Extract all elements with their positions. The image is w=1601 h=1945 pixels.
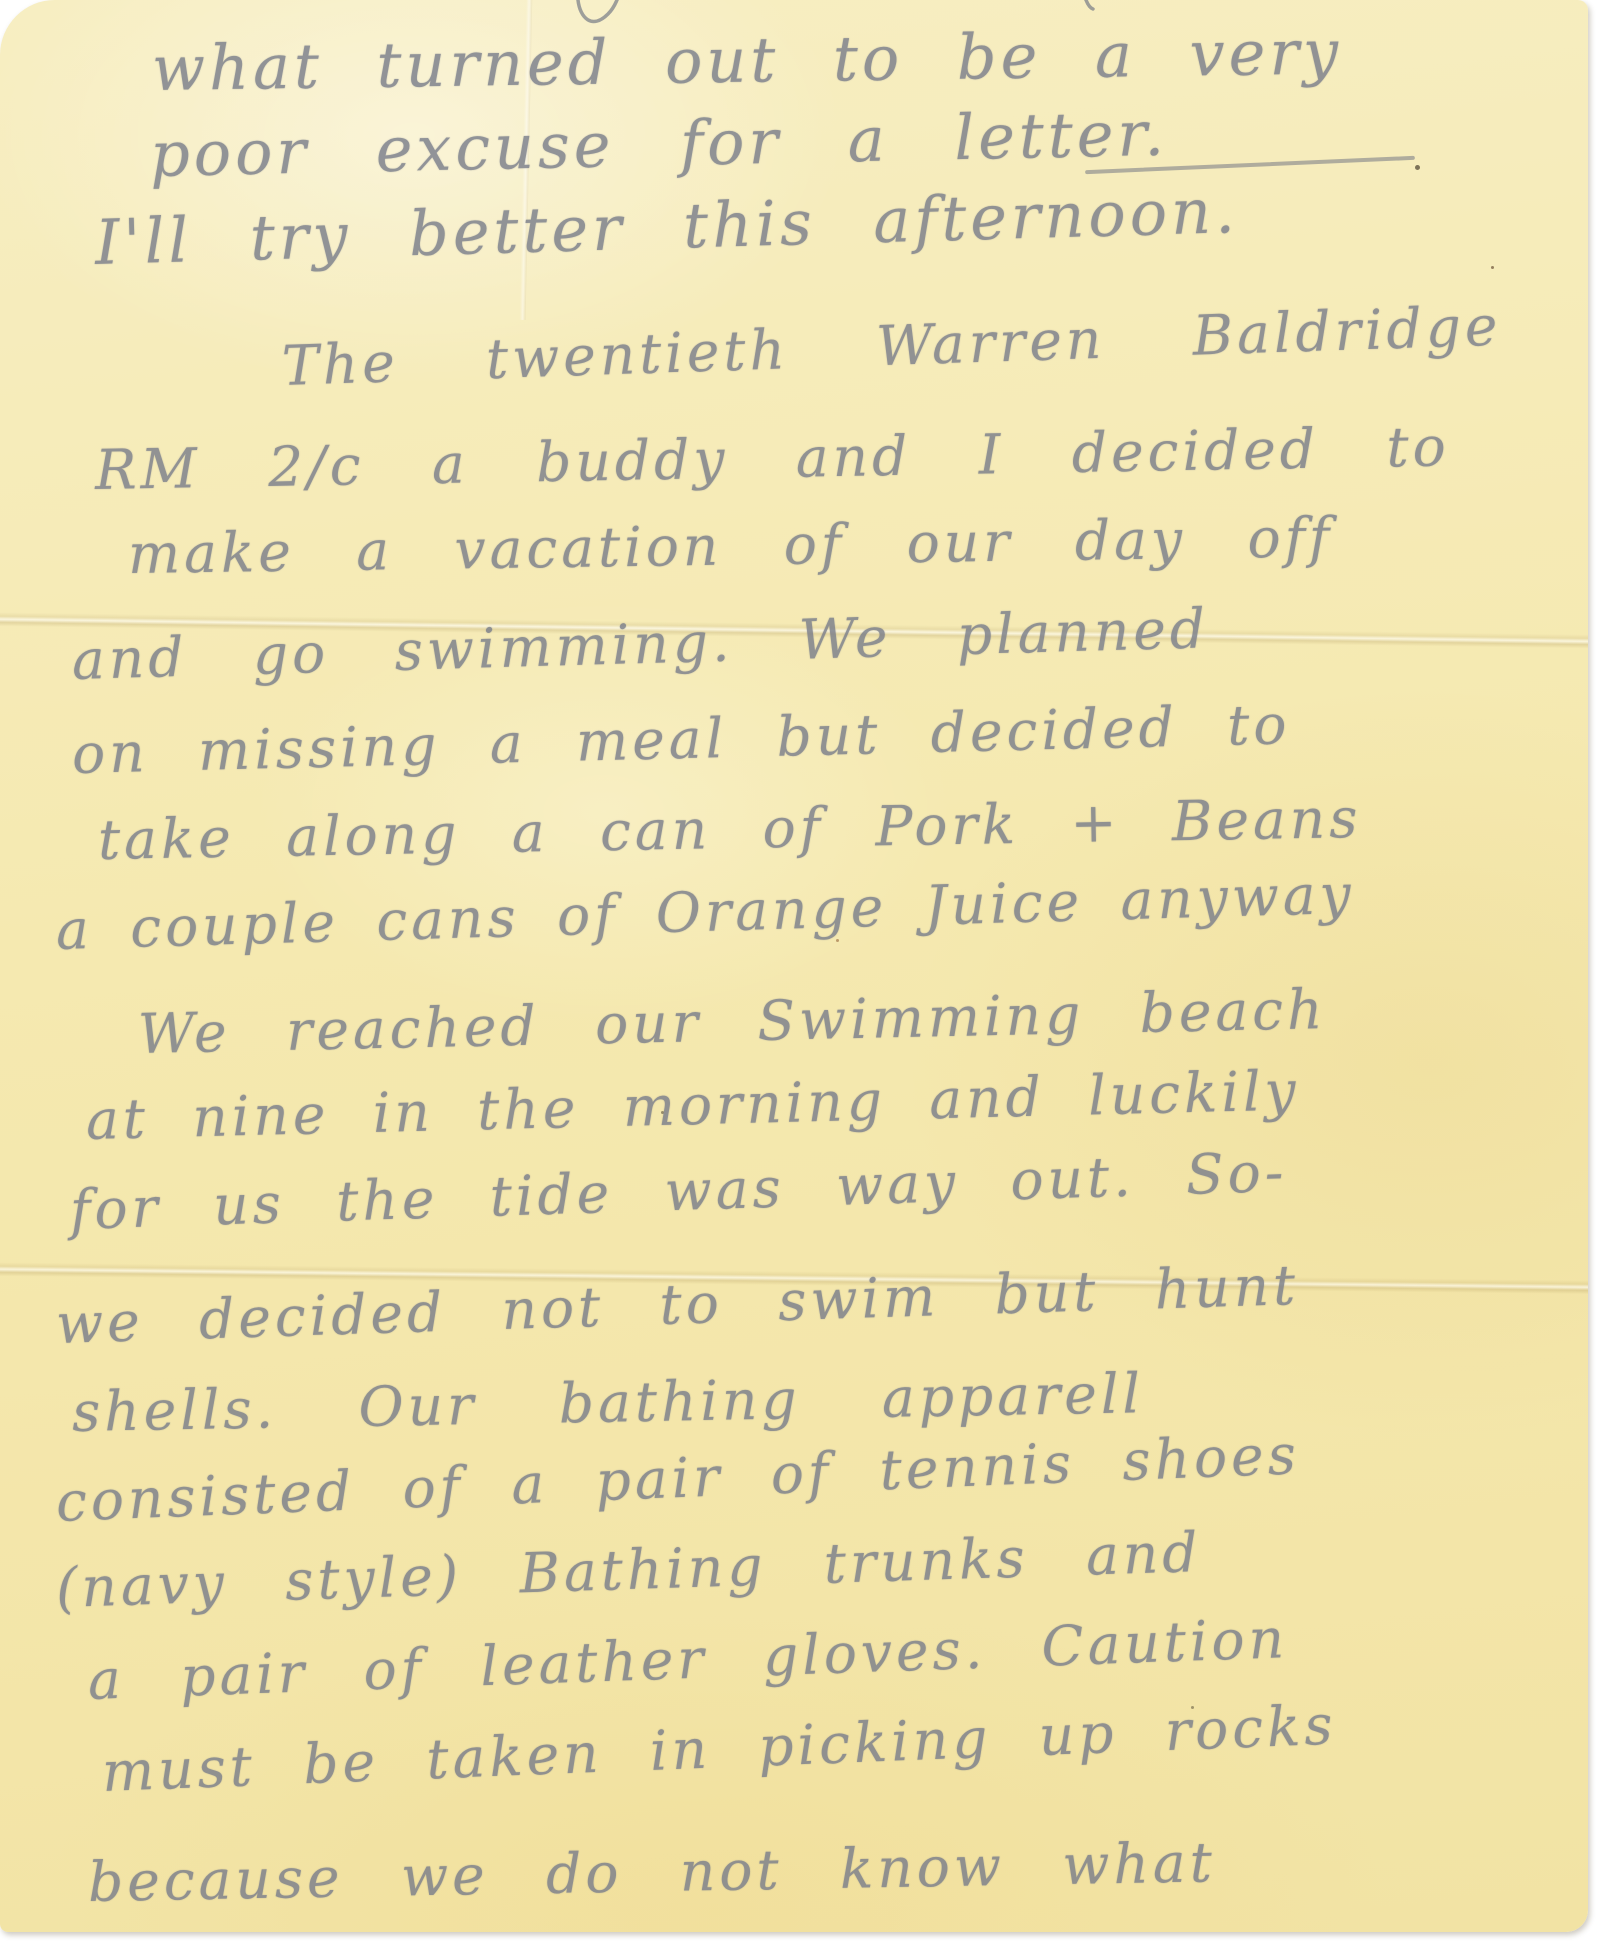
- handwritten-line-7: and go swimming. We planned: [71, 596, 1210, 692]
- letter-page: what turned out to be a very poor excuse…: [0, 0, 1588, 1932]
- handwritten-line-9: take along a can of Pork + Beans: [97, 786, 1361, 872]
- handwritten-line-13: for us the tide was way out. So-: [69, 1140, 1288, 1242]
- paper-speck: [1415, 165, 1420, 170]
- handwritten-line-20: because we do not know what: [87, 1830, 1216, 1914]
- handwritten-line-5: RM 2/c a buddy and I decided to: [94, 414, 1450, 502]
- handwritten-line-12: at nine in the morning and luckily: [85, 1058, 1300, 1152]
- handwritten-line-17: (navy style) Bathing trunks and: [55, 1520, 1202, 1620]
- handwritten-line-1: what turned out to be a very: [151, 15, 1342, 105]
- handwritten-line-11: We reached our Swimming beach: [137, 977, 1327, 1066]
- handwritten-line-10: a couple cans of Orange Juice anyway: [55, 862, 1355, 962]
- handwritten-line-15: shells. Our bathing apparell: [71, 1361, 1144, 1444]
- handwritten-line-6: make a vacation of our day off: [128, 505, 1334, 586]
- handwritten-line-3: I'll try better this afternoon.: [94, 174, 1240, 279]
- handwritten-line-8: on missing a meal but decided to: [71, 692, 1291, 786]
- handwritten-line-2: poor excuse for a letter.: [149, 97, 1168, 191]
- handwritten-line-18: a pair of leather gloves. Caution: [87, 1606, 1289, 1712]
- handwritten-line-4: The twentieth Warren Baldridge: [281, 294, 1502, 398]
- handwritten-line-19: must be taken in picking up rocks: [101, 1693, 1338, 1804]
